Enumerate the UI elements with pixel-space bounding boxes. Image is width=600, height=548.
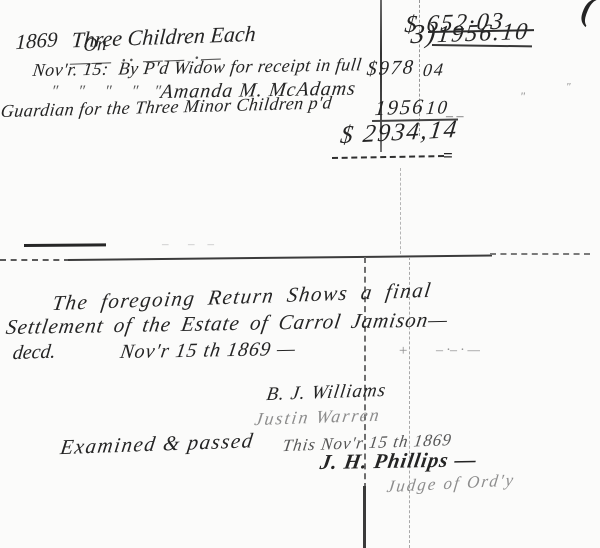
quote-speck-a: " xyxy=(520,90,525,102)
examined-passed-label: Examined & passed xyxy=(59,430,255,458)
statement-trailing-dashes: – ·– · — xyxy=(436,344,480,358)
signature-warren: Justin Warren xyxy=(253,406,382,429)
quote-speck-b: " xyxy=(566,82,571,93)
divider-long-line-b xyxy=(68,255,492,261)
signature-phillips: J. H. Phillips — xyxy=(319,449,479,473)
on-label: On xyxy=(83,35,107,55)
mid-dash-specks: – – – xyxy=(162,237,214,250)
column-rule-mid-faint xyxy=(400,168,401,254)
scanned-ledger-page: Three Children Each —— ·· —— ·— ( 3)1956… xyxy=(0,0,600,548)
column-rule-left-bottom-dark xyxy=(363,486,366,548)
corner-mark: ( xyxy=(578,0,596,28)
signature-phillips-title: Judge of Ord'y xyxy=(386,471,516,495)
signature-williams: B. J. Williams xyxy=(265,381,387,404)
entry-widow-receipt: Nov'r. 15: By P'd Widow for receipt in f… xyxy=(32,55,363,79)
total-underline xyxy=(332,155,444,159)
statement-cross-mark: + xyxy=(398,344,408,359)
divider-long-line-a xyxy=(0,259,70,261)
guardian-amount-dollars: 1956 xyxy=(374,96,426,119)
divider-long-line-c xyxy=(490,253,590,255)
year-label: 1869 xyxy=(15,29,58,53)
division-quotient: $ 652·03 xyxy=(403,10,505,38)
statement-date: Nov'r 15 th 1869 — xyxy=(119,339,298,362)
total-equals-mark: = xyxy=(443,147,453,164)
entry-amount-cents: 04 xyxy=(422,60,446,79)
total-amount: $ 2934,14 xyxy=(339,117,460,148)
divider-short-line xyxy=(24,243,106,247)
entry-amount-dollars: $978 xyxy=(366,57,416,79)
statement-decd: decd. xyxy=(12,342,57,364)
statement-line-2: Settlement of the Estate of Carrol Jamis… xyxy=(5,309,450,338)
